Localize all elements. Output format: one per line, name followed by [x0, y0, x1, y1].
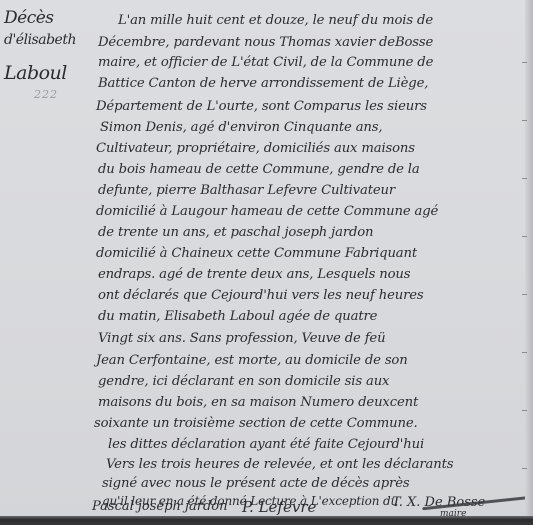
flourish-stroke	[422, 495, 533, 511]
text-line: Département de L'ourte, sont Comparus le…	[96, 100, 427, 113]
text-line: Vingt six ans. Sans profession, Veuve de…	[98, 332, 385, 345]
text-line: du matin, Elisabeth Laboul agée de quatr…	[98, 310, 377, 323]
record-number: 222	[34, 88, 58, 101]
margin-title-name: d'élisabeth	[4, 32, 76, 48]
text-line: domicilié à Laugour hameau de cette Comm…	[96, 205, 438, 218]
margin-title-surname: Laboul	[4, 62, 67, 84]
text-line: maire, et officier de L'état Civil, de l…	[98, 56, 433, 69]
text-line: Vers les trois heures de relevée, et ont…	[106, 458, 453, 471]
text-line: de trente un ans, et paschal joseph jard…	[98, 226, 373, 239]
text-line: Jean Cerfontaine, est morte, au domicile…	[96, 354, 408, 367]
text-line: gendre, ici déclarant en son domicile si…	[98, 375, 389, 388]
signature-declarant: P. Lefevre	[242, 498, 316, 516]
text-line: Cultivateur, propriétaire, domiciliés au…	[96, 142, 415, 155]
text-line: Simon Denis, agé d'environ Cinquante ans…	[100, 121, 382, 134]
text-line: domicilié à Chaineux cette Commune Fabri…	[96, 247, 417, 260]
text-line: ont déclarés que Cejourd'hui vers les ne…	[98, 289, 424, 302]
text-line: signé avec nous le présent acte de décès…	[102, 477, 409, 490]
text-line: maisons du bois, en sa maison Numero deu…	[98, 396, 418, 409]
text-line: Battice Canton de herve arrondissement d…	[98, 77, 428, 90]
text-line: L'an mille huit cent et douze, le neuf d…	[118, 14, 433, 27]
text-line: Décembre, pardevant nous Thomas xavier d…	[98, 36, 433, 49]
signature-witness: Pascal joseph jardon	[92, 499, 227, 514]
text-line: defunte, pierre Balthasar Lefevre Cultiv…	[98, 184, 395, 197]
text-line: endraps. agé de trente deux ans, Lesquel…	[98, 268, 410, 281]
text-line: les dittes déclaration ayant été faite C…	[108, 438, 424, 451]
text-line: soixante un troisième section de cette C…	[94, 417, 418, 430]
page-bottom-edge	[0, 516, 533, 525]
text-line: du bois hameau de cette Commune, gendre …	[98, 163, 420, 176]
register-page: Décès d'élisabeth Laboul 222 L'an mille …	[0, 0, 533, 518]
margin-title-deces: Décès	[4, 8, 54, 28]
ruler-ticks	[521, 0, 527, 518]
